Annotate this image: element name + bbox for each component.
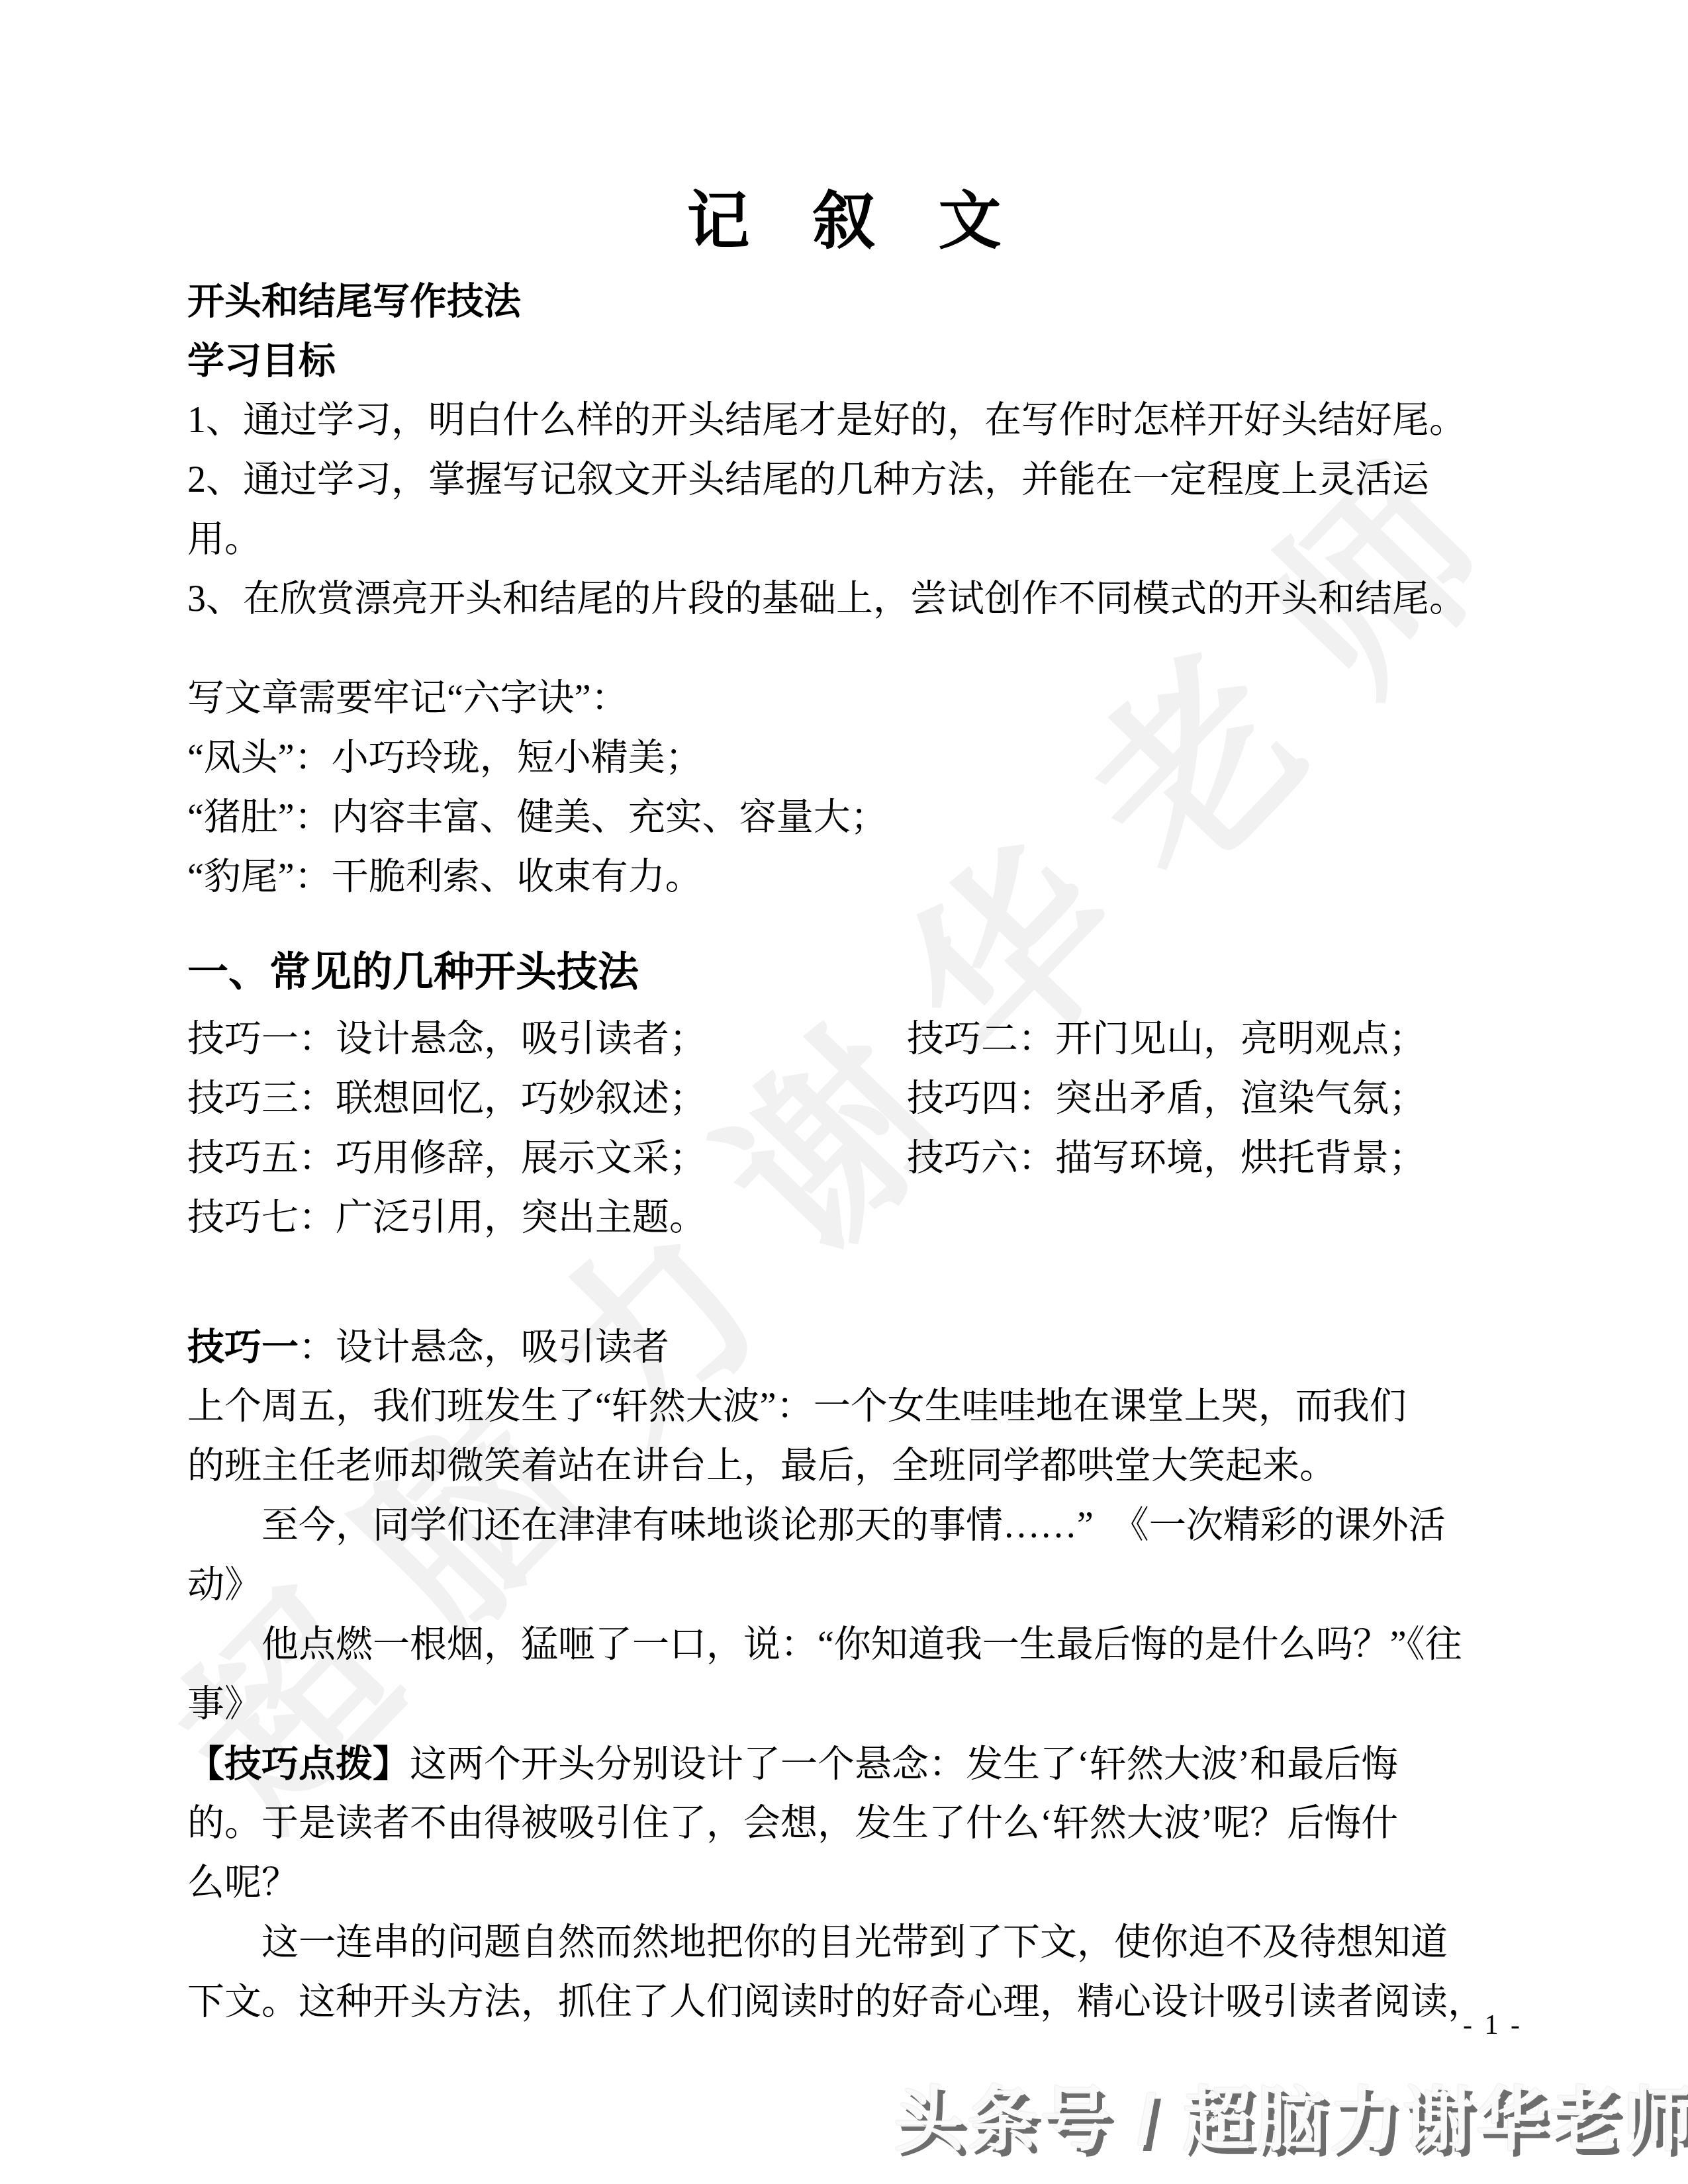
text-line: 技巧七：广泛引用，突出主题。 (187, 1188, 1501, 1248)
two-column-line: 技巧五：巧用修辞，展示文采；技巧六：描写环境，烘托背景； (187, 1128, 1501, 1188)
spacer (187, 1248, 1501, 1317)
page-number: - 1 - (1463, 2009, 1523, 2041)
two-column-line: 技巧一：设计悬念，吸引读者；技巧二：开门见山，亮明观点； (187, 1009, 1501, 1069)
document-content: 记 叙 文 开头和结尾写作技法学习目标1、通过学习，明白什么样的开头结尾才是好的… (187, 172, 1501, 2032)
text-line: 2、通过学习，掌握写记叙文开头结尾的几种方法，并能在一定程度上灵活运 (187, 450, 1501, 510)
text-line: 至今，同学们还在津津有味地谈论那天的事情……” 《一次精彩的课外活 (187, 1496, 1501, 1555)
section-heading: 一、常见的几种开头技法 (187, 936, 1501, 1009)
text-line: 动》 (187, 1555, 1501, 1615)
text-line: 写文章需要牢记“六字诀”： (187, 668, 1501, 728)
text-line: 的班主任老师却微笑着站在讲台上，最后，全班同学都哄堂大笑起来。 (187, 1436, 1501, 1496)
two-column-line: 技巧三：联想回忆，巧妙叙述；技巧四：突出矛盾，渲染气氛； (187, 1069, 1501, 1128)
document-page: { "page": { "title": "记 叙 文", "page_numb… (0, 0, 1688, 2184)
text-line: 下文。这种开头方法，抓住了人们阅读时的好奇心理，精心设计吸引读者阅读， (187, 1972, 1501, 2032)
text-line: 用。 (187, 510, 1501, 569)
line-text: ：设计悬念，吸引读者 (299, 1327, 669, 1368)
document-title: 记 叙 文 (187, 172, 1501, 271)
text-line: “凤头”：小巧玲珑，短小精美； (187, 728, 1501, 788)
spacer (187, 907, 1501, 936)
text-line: “豹尾”：干脆利索、收束有力。 (187, 847, 1501, 907)
text-line: 上个周五，我们班发生了“轩然大波”：一个女生哇哇地在课堂上哭，而我们 (187, 1377, 1501, 1436)
text-line: 的。于是读者不由得被吸引住了，会想，发生了什么‘轩然大波’呢？后悔什 (187, 1794, 1501, 1853)
tip-left: 技巧三：联想回忆，巧妙叙述； (187, 1069, 907, 1128)
tip-right: 技巧二：开门见山，亮明观点； (907, 1009, 1501, 1069)
document-body: 开头和结尾写作技法学习目标1、通过学习，明白什么样的开头结尾才是好的，在写作时怎… (187, 271, 1501, 2032)
text-line: 么呢？ (187, 1853, 1501, 1913)
bold-lead: 技巧一 (187, 1326, 299, 1367)
text-line: 这一连串的问题自然而然地把你的目光带到了下文，使你迫不及待想知道 (187, 1913, 1501, 1972)
text-line: 1、通过学习，明白什么样的开头结尾才是好的，在写作时怎样开好头结好尾。 (187, 390, 1501, 450)
text-line: 3、在欣赏漂亮开头和结尾的片段的基础上，尝试创作不同模式的开头和结尾。 (187, 569, 1501, 629)
tip-left: 技巧五：巧用修辞，展示文采； (187, 1128, 907, 1188)
text-line: 他点燃一根烟，猛咂了一口，说：“你知道我一生最后悔的是什么吗？”《往 (187, 1615, 1501, 1674)
bold-lead: 【技巧点拨】 (187, 1743, 410, 1784)
text-line: 技巧一：设计悬念，吸引读者 (187, 1317, 1501, 1377)
footer-watermark: 头条号 / 超脑力谢华老师 (894, 2064, 1688, 2164)
text-line: “猪肚”：内容丰富、健美、充实、容量大； (187, 788, 1501, 847)
spacer (187, 629, 1501, 668)
line-text: 这两个开头分别设计了一个悬念：发生了‘轩然大波’和最后悔 (410, 1744, 1398, 1785)
text-line: 事》 (187, 1674, 1501, 1734)
sub-heading: 开头和结尾写作技法 (187, 271, 1501, 331)
sub-heading: 学习目标 (187, 331, 1501, 390)
tip-left: 技巧一：设计悬念，吸引读者； (187, 1009, 907, 1069)
tip-right: 技巧六：描写环境，烘托背景； (907, 1128, 1501, 1188)
text-line: 【技巧点拨】这两个开头分别设计了一个悬念：发生了‘轩然大波’和最后悔 (187, 1734, 1501, 1794)
tip-right: 技巧四：突出矛盾，渲染气氛； (907, 1069, 1501, 1128)
